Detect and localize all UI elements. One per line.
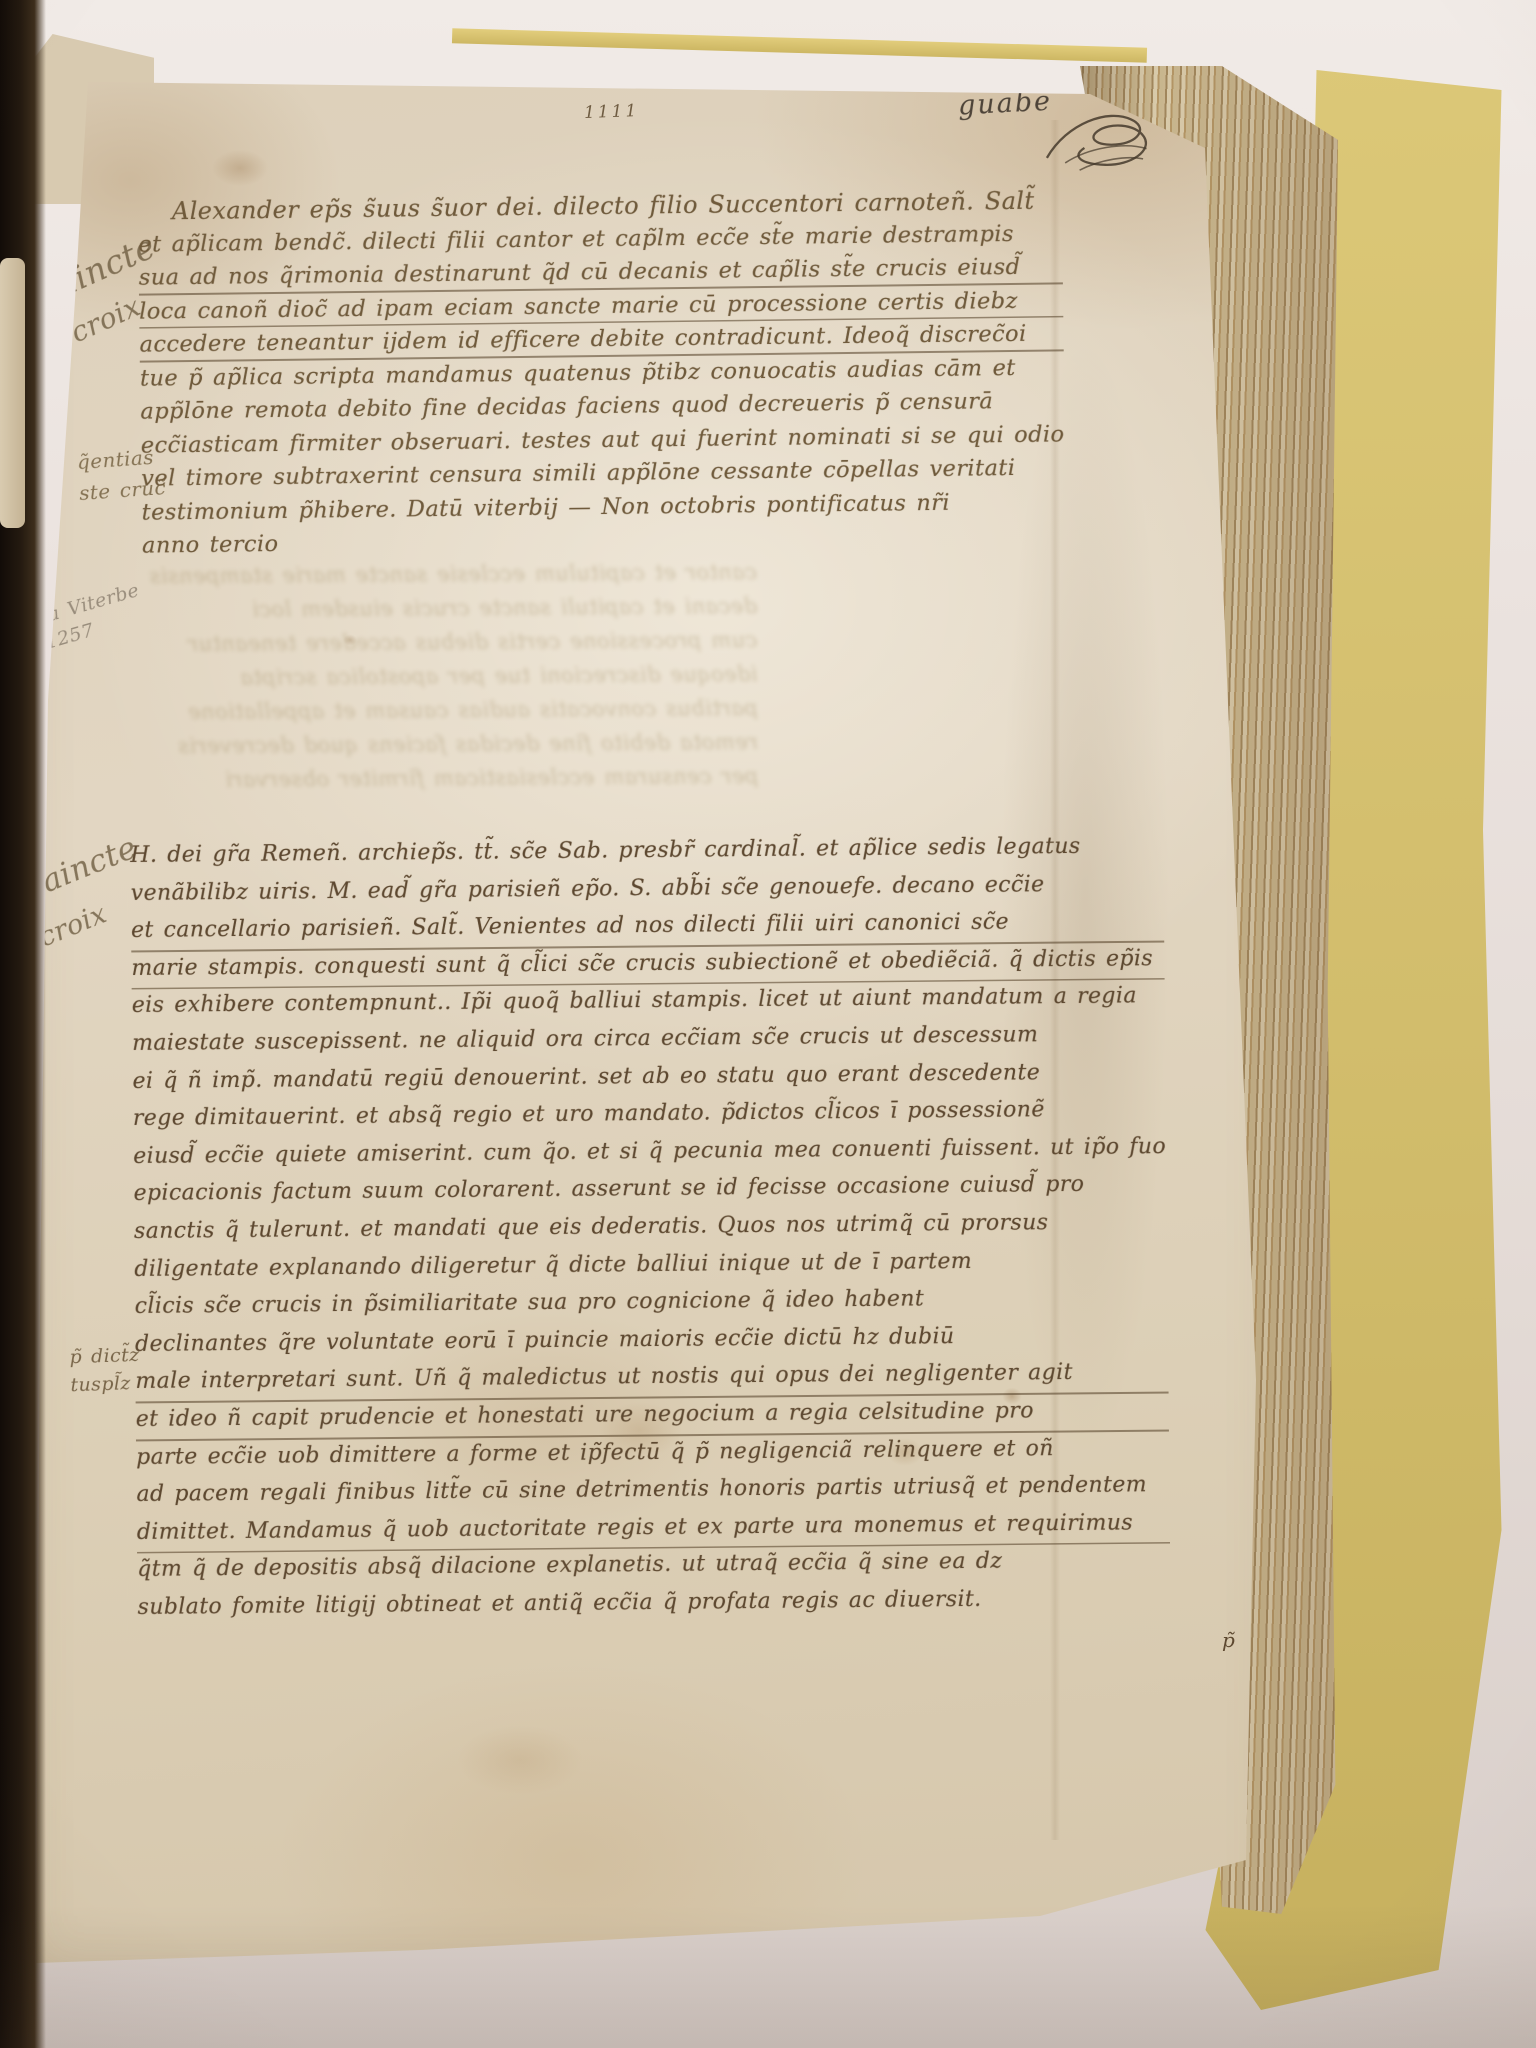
- manuscript-line: partibus convocatis audias causam et app…: [150, 696, 758, 734]
- left-page-edges: [0, 258, 25, 528]
- margin-note-line: tuspl̃z: [70, 1373, 141, 1397]
- manuscript-line: per censuram ecclesiasticam firmiter obs…: [151, 764, 759, 802]
- margin-note-date-viterbe: à Viterbe 1257: [45, 580, 149, 652]
- paragraph-legate-letter: H. dei gr̃a Remeñ. archiep̃s. tt̃. sc̃e …: [130, 833, 1170, 1632]
- manuscript-line: cum processione certis diebus accedere t…: [150, 628, 758, 666]
- manuscript-page: 1111 guabe Saincte croix q̃entias ste cr…: [0, 0, 1300, 2000]
- paragraph-mark: p̃: [1222, 1628, 1235, 1652]
- manuscript-line: remota debito fine decidas faciens quod …: [150, 730, 758, 768]
- folio-number: 1111: [584, 101, 640, 123]
- paragraph-papal-letter: Alexander ep̃s s̃uus s̃uor dei. dilecto …: [138, 186, 1066, 566]
- margin-note-line: p̃ dict̃z: [69, 1345, 140, 1369]
- margin-note-small: p̃ dict̃z tuspl̃z: [69, 1345, 141, 1397]
- manuscript-line: ideoque discrecioni tue per apostolica s…: [150, 662, 758, 700]
- verso-showthrough: cantor et capitulum ecclesie sancte mari…: [149, 560, 758, 802]
- manuscript-line: cantor et capitulum ecclesie sancte mari…: [149, 560, 757, 598]
- photo-scene: 1111 guabe Saincte croix q̃entias ste cr…: [0, 0, 1536, 2048]
- manuscript-line: decani et capituli sancte crucis eiusdem…: [149, 594, 757, 632]
